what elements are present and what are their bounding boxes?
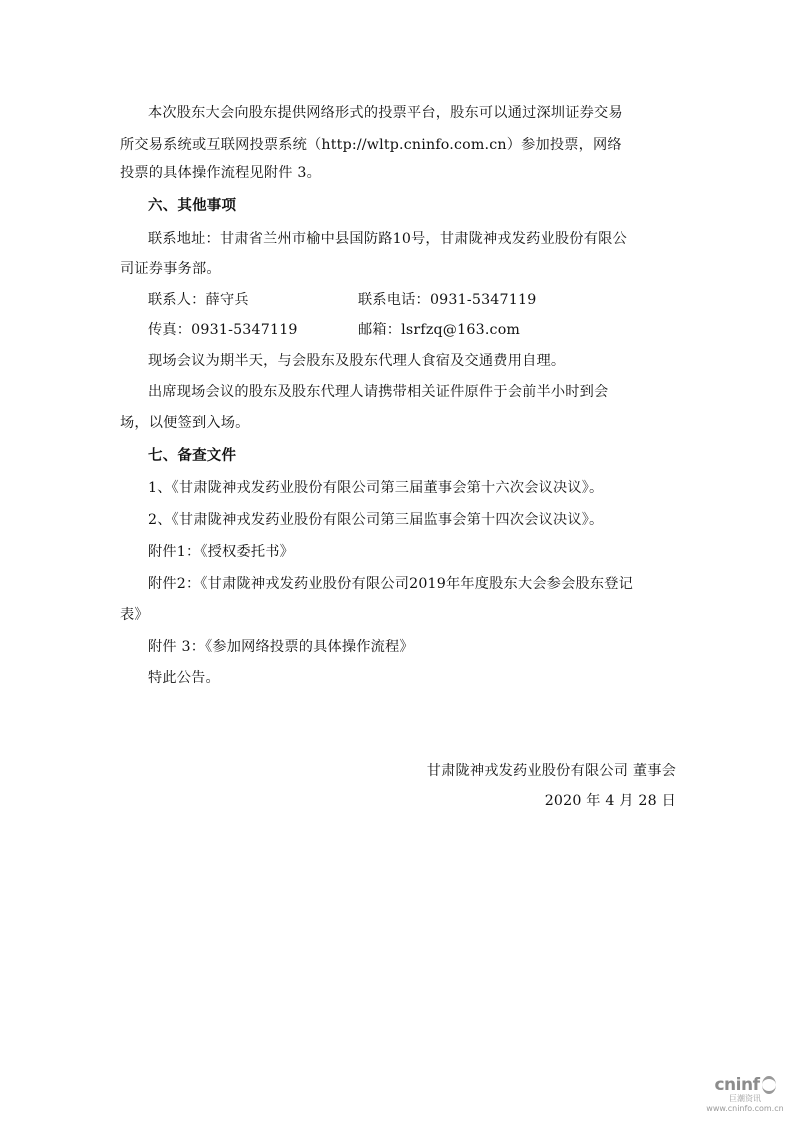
reference-doc-1: 1、《甘肃陇神戎发药业股份有限公司第三届董事会第十六次会议决议》。 bbox=[148, 478, 708, 498]
contact-address-line1: 联系地址：甘肃省兰州市榆中县国防路10号，甘肃陇神戎发药业股份有限公 bbox=[148, 229, 708, 249]
section-heading-reference-docs: 七、备查文件 bbox=[148, 446, 708, 466]
paragraph-voting-line2: 所交易系统或互联网投票系统（http://wltp.cninfo.com.cn）… bbox=[120, 135, 680, 155]
contact-phone: 联系电话：0931-5347119 bbox=[358, 290, 536, 310]
section-heading-other-matters: 六、其他事项 bbox=[148, 196, 708, 216]
attendance-note-line2: 场，以便签到入场。 bbox=[120, 413, 680, 433]
cninfo-brand-text: cninf bbox=[714, 1075, 759, 1095]
reference-doc-2: 2、《甘肃陇神戎发药业股份有限公司第三届监事会第十四次会议决议》。 bbox=[148, 510, 708, 530]
cninfo-logo: cninf bbox=[700, 1075, 790, 1095]
cninfo-watermark: cninf 巨潮资讯 www.cninfo.com.cn bbox=[700, 1075, 790, 1113]
signature-date: 2020 年 4 月 28 日 bbox=[545, 791, 676, 811]
signature-company: 甘肃陇神戎发药业股份有限公司 董事会 bbox=[427, 761, 676, 781]
cninfo-url: www.cninfo.com.cn bbox=[700, 1104, 790, 1113]
attachment-2-line1: 附件2：《甘肃陇神戎发药业股份有限公司2019年年度股东大会参会股东登记 bbox=[148, 574, 708, 594]
paragraph-voting-line1: 本次股东大会向股东提供网络形式的投票平台，股东可以通过深圳证券交易 bbox=[148, 103, 708, 123]
closing-statement: 特此公告。 bbox=[148, 668, 708, 688]
paragraph-voting-line3: 投票的具体操作流程见附件 3。 bbox=[120, 163, 680, 183]
attachment-3: 附件 3：《参加网络投票的具体操作流程》 bbox=[148, 637, 708, 657]
contact-fax: 传真：0931-5347119 bbox=[148, 322, 298, 338]
contact-address-line2: 司证券事务部。 bbox=[120, 259, 680, 279]
meeting-duration-note: 现场会议为期半天，与会股东及股东代理人食宿及交通费用自理。 bbox=[148, 351, 708, 371]
attachment-2-line2: 表》 bbox=[120, 605, 680, 625]
cninfo-swirl-icon bbox=[762, 1076, 776, 1094]
attendance-note-line1: 出席现场会议的股东及股东代理人请携带相关证件原件于会前半小时到会 bbox=[148, 382, 708, 402]
attachment-1: 附件1：《授权委托书》 bbox=[148, 542, 708, 562]
contact-row-2: 传真：0931-5347119 邮箱：lsrfzq@163.com bbox=[148, 320, 708, 340]
contact-row-1: 联系人：薛守兵 联系电话：0931-5347119 bbox=[148, 290, 708, 310]
contact-email: 邮箱：lsrfzq@163.com bbox=[358, 320, 520, 340]
contact-person: 联系人：薛守兵 bbox=[148, 292, 249, 308]
